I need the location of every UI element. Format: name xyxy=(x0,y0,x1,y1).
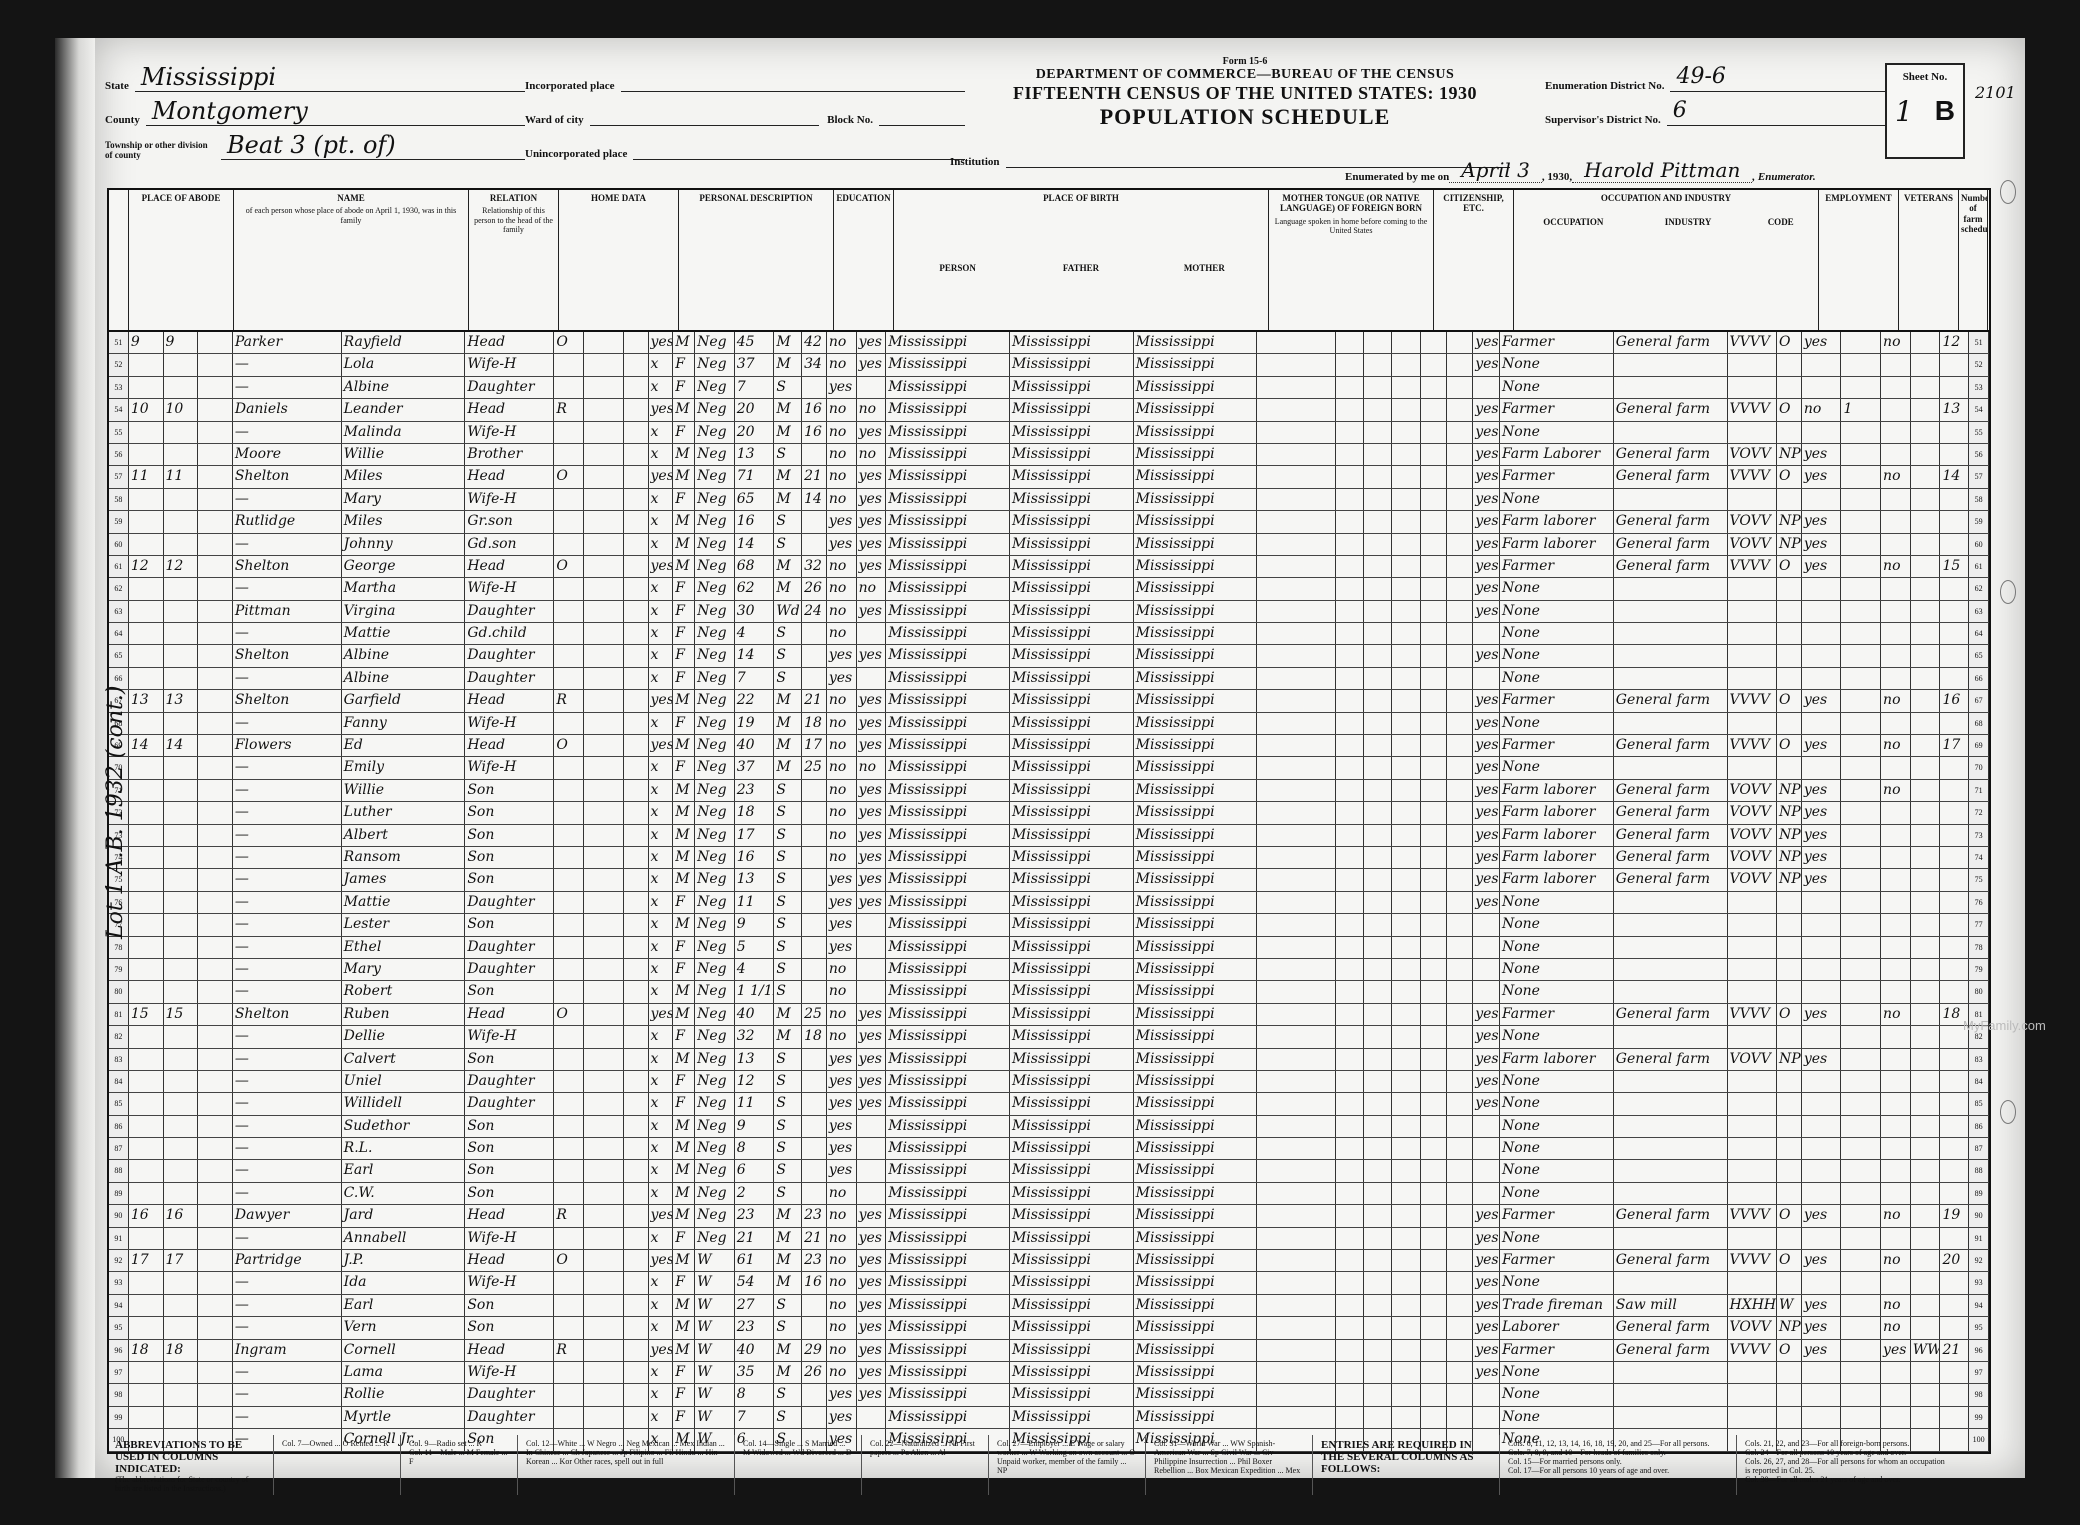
cell-surname: — xyxy=(233,1407,342,1428)
cell-war xyxy=(1911,914,1941,935)
cell-blank xyxy=(1447,1093,1473,1114)
institution-label: Institution xyxy=(950,156,1000,168)
cell-school: no xyxy=(827,601,857,622)
cell-emp: yes xyxy=(1802,511,1842,532)
cell-occ: None xyxy=(1500,1116,1614,1137)
cell-cls xyxy=(1777,1093,1802,1114)
cell-given: R.L. xyxy=(342,1138,466,1159)
cell-blank xyxy=(1257,757,1336,778)
cell-blank xyxy=(198,1160,233,1181)
cell-blank xyxy=(1421,1362,1448,1383)
cell-bpm: Mississippi xyxy=(1134,377,1258,398)
cell-blank xyxy=(584,578,624,599)
cell-emp: yes xyxy=(1802,556,1842,577)
cell-read: yes xyxy=(857,332,887,353)
cell-sex: M xyxy=(673,869,695,890)
cell-bpf: Mississippi xyxy=(1010,735,1134,756)
cell-read: yes xyxy=(857,534,887,555)
cell-blank xyxy=(1364,780,1392,801)
cell-given: Earl xyxy=(342,1160,466,1181)
cell-sched xyxy=(1940,511,1969,532)
cell-farm_res: x xyxy=(649,1071,674,1092)
cell-blank xyxy=(1257,668,1336,689)
cell-occ: Farmer xyxy=(1500,735,1614,756)
cell-emp xyxy=(1802,1138,1842,1159)
cell-code: HXHH xyxy=(1728,1295,1778,1316)
cell-own xyxy=(554,1093,584,1114)
cell-agem: 21 xyxy=(802,466,827,487)
cell-occ: Farmer xyxy=(1500,1340,1614,1361)
cell-agem: 26 xyxy=(802,1362,827,1383)
cell-blank xyxy=(1336,1384,1364,1405)
cell-line: 99 xyxy=(109,1407,129,1428)
sheet-number: 1 xyxy=(1895,95,1913,128)
cell-blank xyxy=(1421,578,1448,599)
cell-code: VOVV xyxy=(1728,444,1778,465)
cell-blank xyxy=(1392,937,1421,958)
cell-cls xyxy=(1777,1384,1802,1405)
cell-school: no xyxy=(827,1272,857,1293)
cell-blank xyxy=(1447,601,1473,622)
cell-cls xyxy=(1777,959,1802,980)
entries-6: Col. 24—For all persons 10 years of age … xyxy=(1745,1448,1945,1457)
cell-bpf: Mississippi xyxy=(1010,1384,1134,1405)
cell-cls: NP xyxy=(1777,444,1802,465)
cell-blank xyxy=(198,511,233,532)
cell-surname: — xyxy=(233,422,342,443)
cell-blank xyxy=(1447,1183,1473,1204)
cell-age: 11 xyxy=(735,892,775,913)
cell-blank xyxy=(1447,1071,1473,1092)
district-header: Enumeration District No.49-6 Supervisor'… xyxy=(1545,58,1905,126)
cell-mar: S xyxy=(774,511,802,532)
cell-bpf: Mississippi xyxy=(1010,511,1134,532)
cell-ind xyxy=(1614,892,1728,913)
cell-own: R xyxy=(554,1340,584,1361)
cell-bp: Mississippi xyxy=(886,757,1010,778)
cell-code xyxy=(1728,1026,1778,1047)
cell-occ: None xyxy=(1500,578,1614,599)
cell-cls xyxy=(1777,981,1802,1002)
cell-rel: Wife-H xyxy=(465,1362,554,1383)
cell-blank xyxy=(1257,1362,1336,1383)
cell-blank xyxy=(1336,1407,1364,1428)
cell-given: Ida xyxy=(342,1272,466,1293)
cell-farm_res: x xyxy=(649,668,674,689)
cell-blank xyxy=(584,601,624,622)
cell-bpm: Mississippi xyxy=(1134,332,1258,353)
cell-rel: Son xyxy=(465,1160,554,1181)
cell-surname: — xyxy=(233,780,342,801)
cell-emp xyxy=(1802,1071,1842,1092)
cell-bp: Mississippi xyxy=(886,645,1010,666)
cell-farm_res: x xyxy=(649,1295,674,1316)
enumerator-name: Harold Pittman xyxy=(1572,158,1752,183)
cell-blank xyxy=(1336,1272,1364,1293)
cell-fam: 11 xyxy=(164,466,199,487)
table-row: 63PittmanVirginaDaughterxFNeg30Wd24noyes… xyxy=(109,601,1989,623)
cell-rel: Head xyxy=(465,556,554,577)
cell-mar: M xyxy=(774,354,802,375)
cell-blank xyxy=(1392,1205,1421,1226)
cell-blank xyxy=(1392,1183,1421,1204)
cell-line: 70 xyxy=(1969,757,1989,778)
cell-sex: M xyxy=(673,1317,695,1338)
cell-unemp xyxy=(1841,757,1881,778)
cell-occ: None xyxy=(1500,1183,1614,1204)
cell-blank xyxy=(1364,354,1392,375)
cell-sched xyxy=(1940,713,1969,734)
cell-occ: Trade fireman xyxy=(1500,1295,1614,1316)
cell-blank xyxy=(1257,399,1336,420)
cell-emp xyxy=(1802,645,1842,666)
cell-emp xyxy=(1802,1362,1842,1383)
population-table: PLACE OF ABODE NAMEof each person whose … xyxy=(107,188,1991,1454)
cell-line: 71 xyxy=(1969,780,1989,801)
cell-blank xyxy=(1447,354,1473,375)
cell-sched: 19 xyxy=(1940,1205,1969,1226)
cell-occ: None xyxy=(1500,1093,1614,1114)
cell-surname: Dawyer xyxy=(233,1205,342,1226)
cell-blank xyxy=(1447,1317,1473,1338)
cell-blank xyxy=(1421,869,1448,890)
cell-sched xyxy=(1940,981,1969,1002)
cell-eng: yes xyxy=(1473,1004,1500,1025)
cell-race: Neg xyxy=(695,1093,735,1114)
cell-war xyxy=(1911,869,1941,890)
cell-occ: None xyxy=(1500,489,1614,510)
cell-line: 92 xyxy=(109,1250,129,1271)
cell-occ: None xyxy=(1500,668,1614,689)
cell-sched xyxy=(1940,1049,1969,1070)
cell-blank xyxy=(1364,690,1392,711)
cell-sched: 14 xyxy=(1940,466,1969,487)
cell-occ: Farmer xyxy=(1500,1205,1614,1226)
cell-blank xyxy=(1421,422,1448,443)
cell-occ: None xyxy=(1500,1362,1614,1383)
cell-bpm: Mississippi xyxy=(1134,466,1258,487)
cell-dw xyxy=(129,1362,164,1383)
cell-vet xyxy=(1881,825,1911,846)
cell-blank xyxy=(584,332,624,353)
cell-race: Neg xyxy=(695,511,735,532)
cell-blank xyxy=(1364,914,1392,935)
cell-school: yes xyxy=(827,1071,857,1092)
cell-unemp xyxy=(1841,1160,1881,1181)
cell-rel: Son xyxy=(465,1138,554,1159)
cell-cls: O xyxy=(1777,1340,1802,1361)
cell-vet xyxy=(1881,937,1911,958)
cell-surname: Ingram xyxy=(233,1340,342,1361)
cell-agem xyxy=(802,1295,827,1316)
cell-war xyxy=(1911,466,1941,487)
cell-given: Luther xyxy=(342,802,466,823)
cell-blank xyxy=(584,1205,624,1226)
cell-blank xyxy=(1364,735,1392,756)
cell-given: Johnny xyxy=(342,534,466,555)
cell-emp xyxy=(1802,1116,1842,1137)
cell-blank xyxy=(1421,690,1448,711)
cell-agem: 21 xyxy=(802,1228,827,1249)
cell-war xyxy=(1911,1250,1941,1271)
cell-sched xyxy=(1940,354,1969,375)
cell-bpf: Mississippi xyxy=(1010,757,1134,778)
cell-rel: Gd.son xyxy=(465,534,554,555)
cell-sched xyxy=(1940,1116,1969,1137)
cell-own xyxy=(554,847,584,868)
cell-blank xyxy=(624,399,649,420)
film-edge xyxy=(55,38,95,1478)
cell-own xyxy=(554,1026,584,1047)
cell-war xyxy=(1911,601,1941,622)
cell-eng: yes xyxy=(1473,444,1500,465)
cell-vet xyxy=(1881,1228,1911,1249)
cell-agem: 25 xyxy=(802,1004,827,1025)
cell-sex: F xyxy=(673,668,695,689)
cell-cls xyxy=(1777,1183,1802,1204)
cell-blank xyxy=(1421,1093,1448,1114)
cell-line: 96 xyxy=(109,1340,129,1361)
cell-age: 45 xyxy=(735,332,775,353)
cell-blank xyxy=(1421,847,1448,868)
cell-line: 76 xyxy=(1969,892,1989,913)
cell-read: yes xyxy=(857,780,887,801)
cell-blank xyxy=(1336,422,1364,443)
cell-age: 16 xyxy=(735,847,775,868)
cell-age: 61 xyxy=(735,1250,775,1271)
cell-race: Neg xyxy=(695,444,735,465)
cell-sex: F xyxy=(673,1228,695,1249)
cell-blank xyxy=(624,959,649,980)
cell-read: no xyxy=(857,399,887,420)
cell-race: Neg xyxy=(695,1116,735,1137)
cell-bpm: Mississippi xyxy=(1134,937,1258,958)
state-value: Mississippi xyxy=(135,63,525,92)
cell-unemp xyxy=(1841,892,1881,913)
cell-line: 53 xyxy=(109,377,129,398)
cell-ind: General farm xyxy=(1614,466,1728,487)
cell-race: Neg xyxy=(695,713,735,734)
cell-dw: 16 xyxy=(129,1205,164,1226)
cell-mar: S xyxy=(774,869,802,890)
cell-agem: 16 xyxy=(802,399,827,420)
cell-unemp xyxy=(1841,1026,1881,1047)
cell-blank xyxy=(198,1228,233,1249)
cell-emp: yes xyxy=(1802,466,1842,487)
cell-fam: 14 xyxy=(164,735,199,756)
cell-school: no xyxy=(827,466,857,487)
cell-blank xyxy=(584,713,624,734)
cell-bp: Mississippi xyxy=(886,623,1010,644)
cell-cls xyxy=(1777,1160,1802,1181)
cell-race: Neg xyxy=(695,399,735,420)
cell-vet xyxy=(1881,959,1911,980)
cell-read: yes xyxy=(857,1093,887,1114)
cell-code: VVVV xyxy=(1728,332,1778,353)
incorporated-value xyxy=(621,91,965,92)
cell-agem xyxy=(802,1183,827,1204)
cell-emp: yes xyxy=(1802,1295,1842,1316)
cell-line: 72 xyxy=(1969,802,1989,823)
cell-rel: Son xyxy=(465,825,554,846)
cell-given: Lester xyxy=(342,914,466,935)
cell-blank xyxy=(584,444,624,465)
cell-own xyxy=(554,601,584,622)
cell-own xyxy=(554,1407,584,1428)
cell-surname: — xyxy=(233,959,342,980)
cell-cls xyxy=(1777,1228,1802,1249)
cell-agem: 21 xyxy=(802,690,827,711)
cell-bp: Mississippi xyxy=(886,332,1010,353)
cell-bp: Mississippi xyxy=(886,690,1010,711)
cell-bpm: Mississippi xyxy=(1134,534,1258,555)
column-headers: PLACE OF ABODE NAMEof each person whose … xyxy=(109,190,1989,332)
abbr-col12: Col. 12—White ... W Negro ... Neg Mexica… xyxy=(518,1435,735,1495)
cell-blank xyxy=(584,847,624,868)
schedule-title: POPULATION SCHEDULE xyxy=(965,104,1525,130)
cell-farm_res: x xyxy=(649,713,674,734)
cell-blank xyxy=(1447,1049,1473,1070)
cell-dw xyxy=(129,1295,164,1316)
cell-own xyxy=(554,802,584,823)
cell-line: 87 xyxy=(1969,1138,1989,1159)
cell-blank xyxy=(1447,1116,1473,1137)
cell-blank xyxy=(1257,1317,1336,1338)
cell-agem: 16 xyxy=(802,422,827,443)
cell-line: 55 xyxy=(1969,422,1989,443)
cell-blank xyxy=(198,1093,233,1114)
cell-bpf: Mississippi xyxy=(1010,534,1134,555)
cell-cls xyxy=(1777,422,1802,443)
cell-emp xyxy=(1802,1384,1842,1405)
cell-read: yes xyxy=(857,1317,887,1338)
cell-sex: M xyxy=(673,780,695,801)
cell-blank xyxy=(584,1228,624,1249)
cell-dw xyxy=(129,422,164,443)
cell-war xyxy=(1911,1295,1941,1316)
cell-blank xyxy=(1364,422,1392,443)
cell-blank xyxy=(1257,1384,1336,1405)
cell-blank xyxy=(1364,1384,1392,1405)
cell-age: 7 xyxy=(735,668,775,689)
cell-rel: Wife-H xyxy=(465,354,554,375)
enumerated-label: Enumerated by me on xyxy=(1345,171,1449,183)
cell-fam xyxy=(164,825,199,846)
cell-bpm: Mississippi xyxy=(1134,1228,1258,1249)
cell-eng: yes xyxy=(1473,1272,1500,1293)
cell-ind xyxy=(1614,937,1728,958)
table-row: 571111SheltonMilesHeadOyesMNeg71M21noyes… xyxy=(109,466,1989,488)
cell-blank xyxy=(584,534,624,555)
cell-bpf: Mississippi xyxy=(1010,332,1134,353)
cell-vet xyxy=(1881,489,1911,510)
cell-occ: None xyxy=(1500,914,1614,935)
cell-cls xyxy=(1777,1407,1802,1428)
cell-unemp xyxy=(1841,1138,1881,1159)
cell-farm_res: x xyxy=(649,354,674,375)
cell-eng: yes xyxy=(1473,780,1500,801)
cell-blank xyxy=(1421,645,1448,666)
cell-blank xyxy=(1336,1250,1364,1271)
cell-blank xyxy=(1421,892,1448,913)
cell-race: Neg xyxy=(695,354,735,375)
cell-age: 1 1/12 xyxy=(735,981,775,1002)
cell-cls: O xyxy=(1777,399,1802,420)
cell-blank xyxy=(1257,444,1336,465)
abbr-note: (The abbreviations for State or country … xyxy=(115,1475,265,1493)
cell-ind xyxy=(1614,645,1728,666)
cell-race: Neg xyxy=(695,1160,735,1181)
cell-race: Neg xyxy=(695,1205,735,1226)
cell-bpm: Mississippi xyxy=(1134,780,1258,801)
cell-sex: F xyxy=(673,1272,695,1293)
cell-school: no xyxy=(827,623,857,644)
cell-dw xyxy=(129,1228,164,1249)
cell-blank xyxy=(1392,892,1421,913)
entries-4: Col. 17—For all persons 10 years of age … xyxy=(1508,1466,1728,1475)
cell-bp: Mississippi xyxy=(886,668,1010,689)
cell-blank xyxy=(1336,1340,1364,1361)
cell-sex: M xyxy=(673,511,695,532)
cell-line: 54 xyxy=(1969,399,1989,420)
cell-war xyxy=(1911,1160,1941,1181)
cell-sex: M xyxy=(673,1049,695,1070)
cell-sched xyxy=(1940,802,1969,823)
cell-school: no xyxy=(827,959,857,980)
cell-fam xyxy=(164,668,199,689)
cell-blank xyxy=(1336,1116,1364,1137)
cell-code xyxy=(1728,1362,1778,1383)
cell-line: 94 xyxy=(1969,1295,1989,1316)
cell-mar: S xyxy=(774,780,802,801)
cell-blank xyxy=(1364,1295,1392,1316)
cell-sex: M xyxy=(673,1160,695,1181)
cell-blank xyxy=(1392,332,1421,353)
cell-race: Neg xyxy=(695,981,735,1002)
cell-surname: Shelton xyxy=(233,645,342,666)
cell-vet xyxy=(1881,354,1911,375)
cell-emp: yes xyxy=(1802,869,1842,890)
cell-age: 37 xyxy=(735,354,775,375)
cell-dw xyxy=(129,377,164,398)
cell-blank xyxy=(1257,1071,1336,1092)
cell-sched xyxy=(1940,937,1969,958)
cell-blank xyxy=(1336,601,1364,622)
cell-blank xyxy=(1364,1071,1392,1092)
cell-sched: 20 xyxy=(1940,1250,1969,1271)
cell-rel: Head xyxy=(465,1205,554,1226)
cell-emp xyxy=(1802,914,1842,935)
cell-blank xyxy=(1364,578,1392,599)
cell-blank xyxy=(1421,1340,1448,1361)
cell-blank xyxy=(1336,578,1364,599)
cell-race: Neg xyxy=(695,869,735,890)
cell-blank xyxy=(198,981,233,1002)
cell-given: Mattie xyxy=(342,892,466,913)
cell-given: Uniel xyxy=(342,1071,466,1092)
cell-sched xyxy=(1940,422,1969,443)
cell-cls: NP xyxy=(1777,511,1802,532)
cell-line: 63 xyxy=(1969,601,1989,622)
cell-surname: — xyxy=(233,623,342,644)
cell-farm_res: yes xyxy=(649,690,674,711)
cell-emp xyxy=(1802,601,1842,622)
cell-cls: O xyxy=(1777,1205,1802,1226)
cell-age: 37 xyxy=(735,757,775,778)
cell-unemp xyxy=(1841,690,1881,711)
cell-given: Virgina xyxy=(342,601,466,622)
cell-bp: Mississippi xyxy=(886,1049,1010,1070)
